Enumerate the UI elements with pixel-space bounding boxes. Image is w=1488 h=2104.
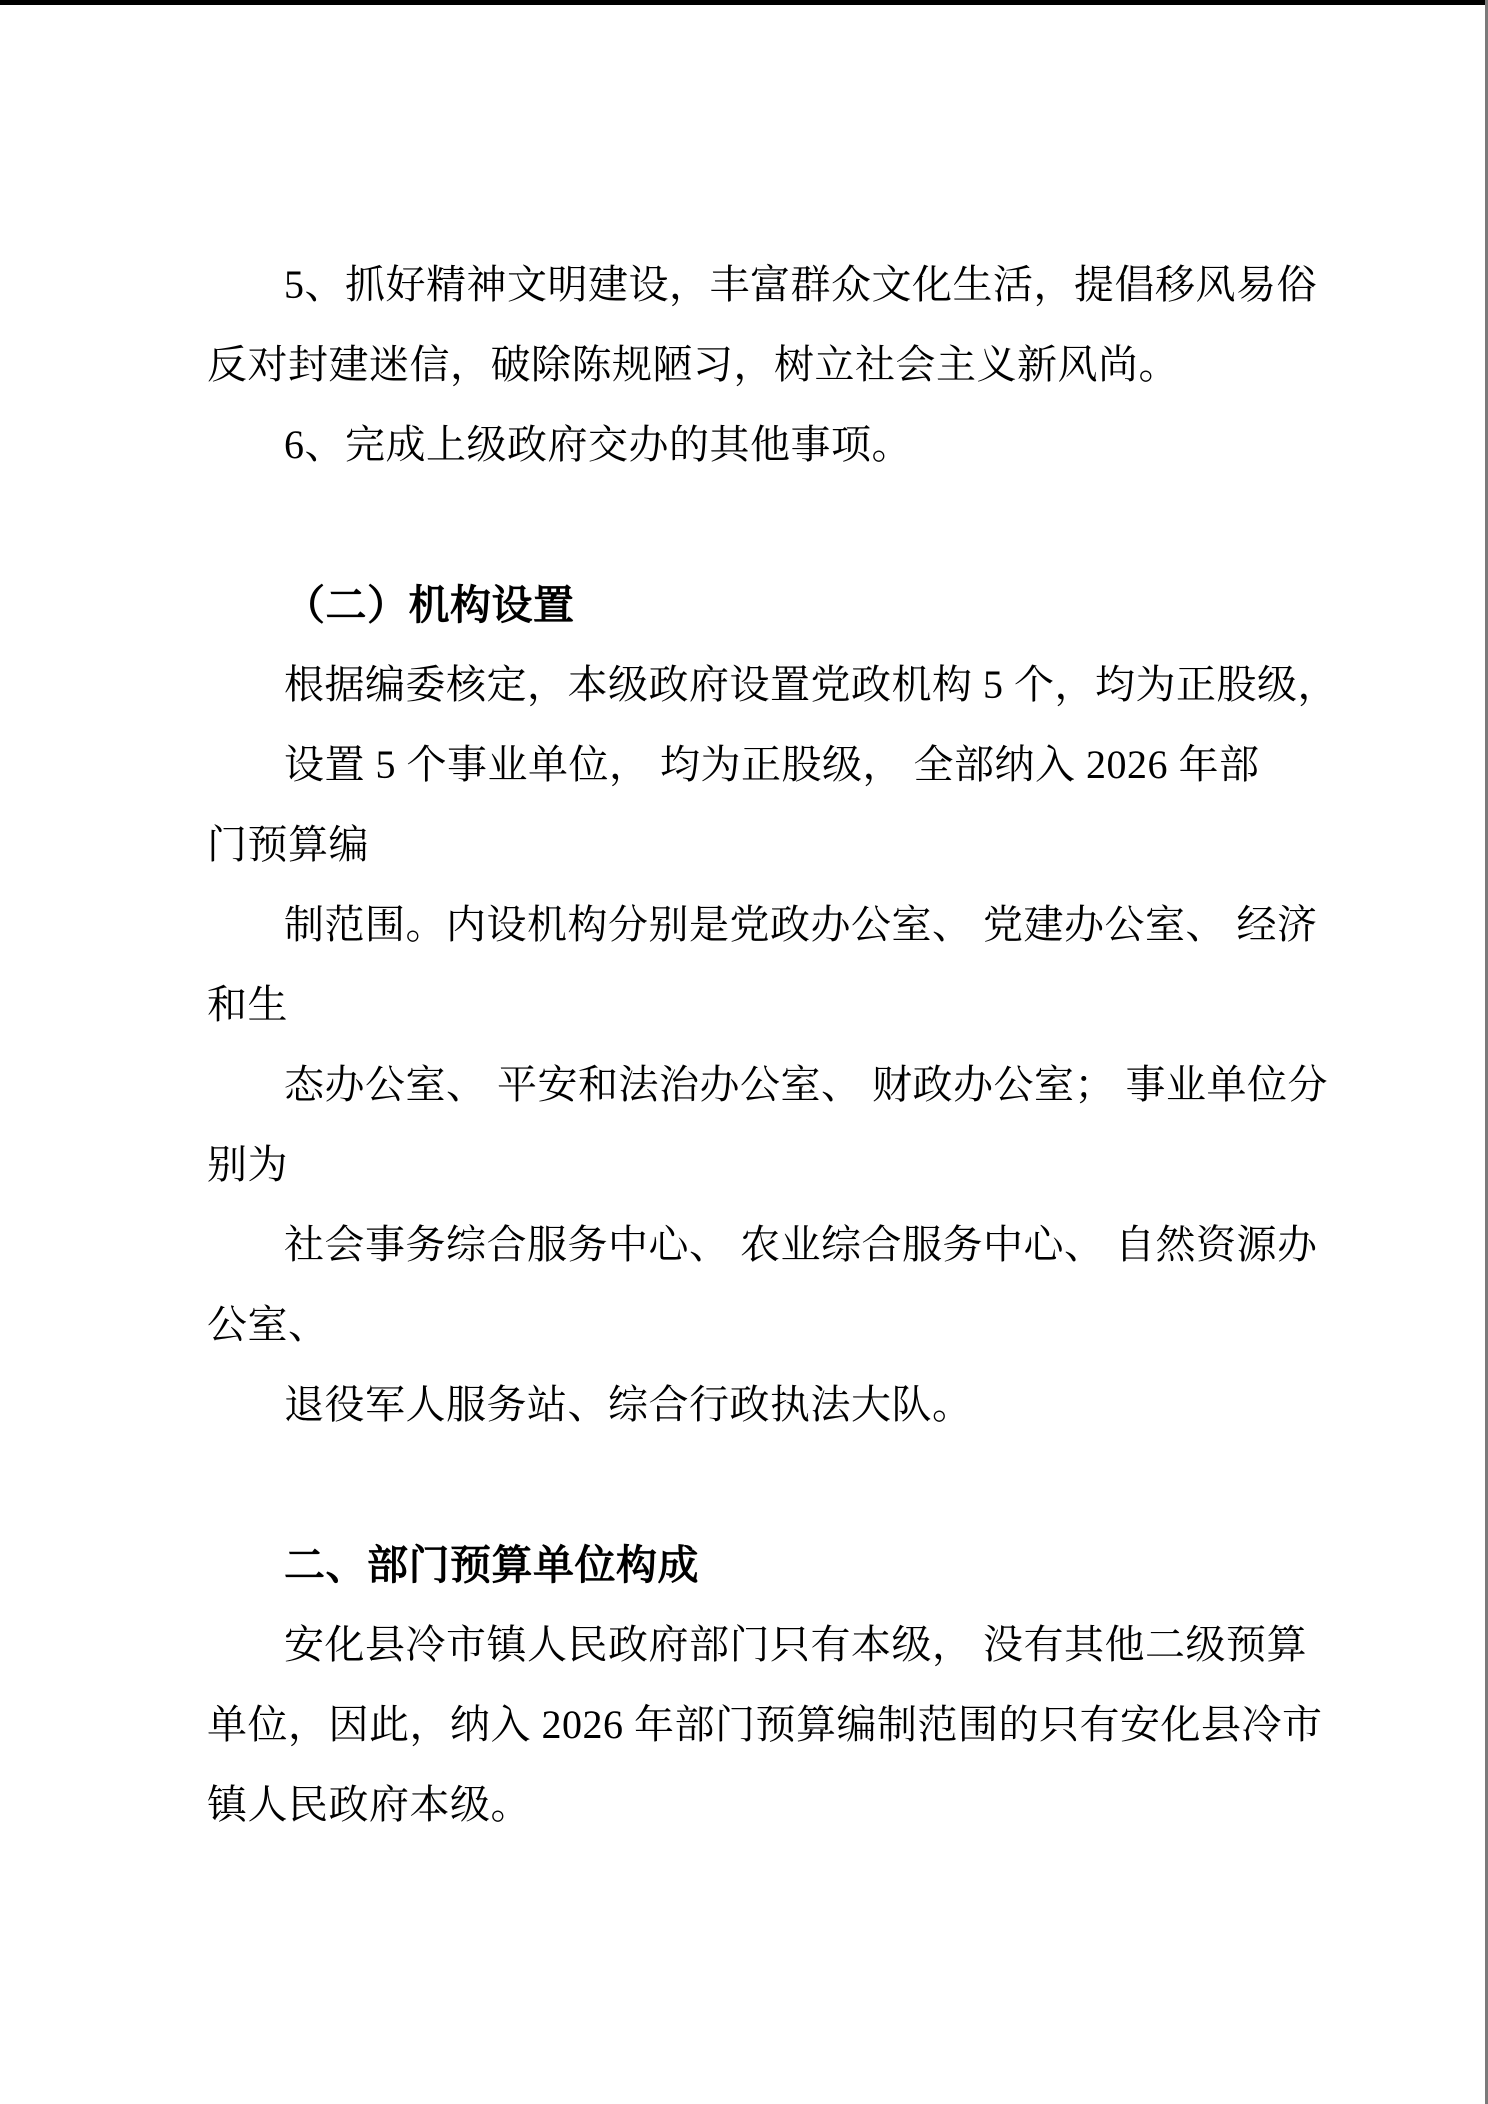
text-line: 门预算编 [207, 805, 1388, 885]
text-line: 镇人民政府本级。 [207, 1765, 1388, 1845]
text-line: 社会事务综合服务中心、 农业综合服务中心、 自然资源办 [207, 1205, 1388, 1285]
heading-line: 二、部门预算单位构成 [207, 1525, 1388, 1605]
page-top-rule [0, 0, 1488, 5]
text-line: 和生 [207, 965, 1388, 1045]
text-line: 退役军人服务站、综合行政执法大队。 [207, 1365, 1388, 1445]
text-line: 制范围。内设机构分别是党政办公室、 党建办公室、 经济 [207, 885, 1388, 965]
text-line: 5、抓好精神文明建设，丰富群众文化生活，提倡移风易俗 [207, 245, 1388, 325]
heading-line: （二）机构设置 [207, 565, 1388, 645]
document-body: 5、抓好精神文明建设，丰富群众文化生活，提倡移风易俗反对封建迷信，破除陈规陋习，… [207, 245, 1388, 1845]
text-line: 根据编委核定，本级政府设置党政机构 5 个，均为正股级， [207, 645, 1388, 725]
text-line: 别为 [207, 1125, 1388, 1205]
document-page: 5、抓好精神文明建设，丰富群众文化生活，提倡移风易俗反对封建迷信，破除陈规陋习，… [0, 0, 1488, 2104]
text-line: 设置 5 个事业单位， 均为正股级， 全部纳入 2026 年部 [207, 725, 1388, 805]
text-line: 单位，因此，纳入 2026 年部门预算编制范围的只有安化县冷市 [207, 1685, 1388, 1765]
text-line: 公室、 [207, 1285, 1388, 1365]
text-line: 态办公室、 平安和法治办公室、 财政办公室； 事业单位分 [207, 1045, 1388, 1125]
text-line: 安化县冷市镇人民政府部门只有本级， 没有其他二级预算 [207, 1605, 1388, 1685]
text-line: 6、完成上级政府交办的其他事项。 [207, 405, 1388, 485]
text-line: 反对封建迷信，破除陈规陋习，树立社会主义新风尚。 [207, 325, 1388, 405]
